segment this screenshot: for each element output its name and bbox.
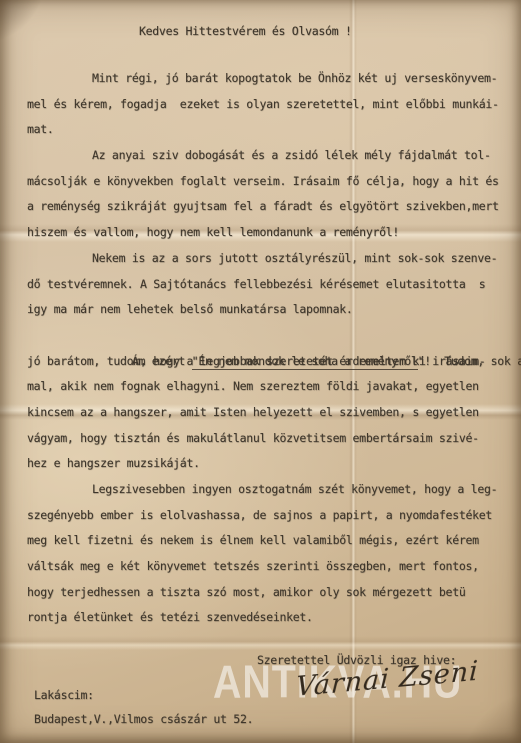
scanned-letter-page: Kedves Hittestvérem és Olvasóm ! Mint ré…: [0, 0, 521, 743]
letter-body: Mint régi, jó barát kopogtatok be Önhöz …: [27, 66, 513, 631]
body-line: váltsák meg e két könyvemet tetszés szer…: [27, 554, 513, 580]
body-line: Nekem is az a sors jutott osztályrészül,…: [27, 246, 513, 272]
body-line: meg kell fizetni és nekem is élnem kell …: [27, 528, 513, 554]
body-line: mel és kérem, fogadja ezeket is olyan sz…: [27, 92, 513, 118]
body-line: hiszem és vallom, hogy nem kell lemondan…: [27, 220, 513, 246]
body-line: Legszivesebben ingyen osztogatnám szét k…: [27, 477, 513, 503]
body-line: mat.: [27, 117, 513, 143]
body-line: hogy terjedhessen a tiszta szó most, ami…: [27, 580, 513, 606]
body-line: rontja életünket és tetézi szenvedéseink…: [27, 605, 513, 631]
body-line: mácsolják e könyvekben foglalt verseim. …: [27, 169, 513, 195]
body-line: mal, akik nem fognak elhagyni. Nem szere…: [27, 374, 513, 400]
address-line: Budapest,V.,Vilmos császár ut 52.: [34, 712, 253, 726]
body-line: igy ma már nem lehetek belső munkatársa …: [27, 297, 513, 323]
body-line-with-underline: Ám ezért "Én nem mondok le soha a remény…: [27, 323, 513, 349]
body-line: a reménység szikráját gyujtsam fel a fár…: [27, 194, 513, 220]
body-line: hez e hangszer muzsikáját.: [27, 451, 513, 477]
body-line: szegényebb ember is elolvashassa, de saj…: [27, 503, 513, 529]
letter-salutation: Kedves Hittestvérem és Olvasóm !: [139, 24, 352, 38]
body-line: kincsem az a hangszer, amit Isten helyez…: [27, 400, 513, 426]
body-line: jó barátom, tudom, hogy a legjobbak szer…: [27, 349, 513, 375]
address-label: Lakáscim:: [34, 688, 94, 702]
body-line: Az anyai sziv dobogását és a zsidó lélek…: [27, 143, 513, 169]
body-line: Mint régi, jó barát kopogtatok be Önhöz …: [27, 66, 513, 92]
body-line: vágyam, hogy tisztán és makulátlanul köz…: [27, 426, 513, 452]
horizontal-fold-crease-bottom: [0, 636, 521, 650]
body-line: dő testvéremnek. A Sajtótanács fellebbez…: [27, 272, 513, 298]
